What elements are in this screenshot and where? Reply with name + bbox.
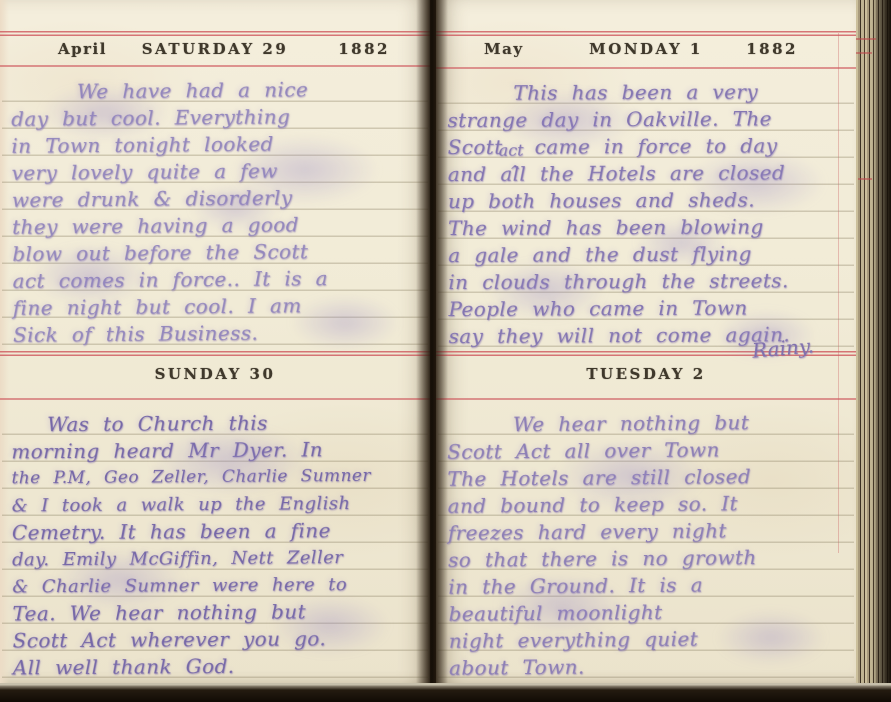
diary-entry-line: All well thank God.: [13, 652, 429, 682]
diary-entry-line: in clouds through the streets.: [448, 267, 854, 296]
diary-entry-line: Tea. We hear nothing but: [12, 598, 428, 628]
diary-entry-line: the P.M, Geo Zeller, Charlie Sumner: [11, 463, 427, 493]
diary-entry-line: This has been a very: [447, 78, 853, 107]
diary-entry-line: & Charlie Sumner were here to: [12, 571, 428, 601]
diary-entry-line: day. Emily McGiffin, Nett Zeller: [12, 544, 428, 574]
edge-red-mark: [856, 52, 872, 54]
diary-entry-line: Sick of this Business.: [13, 318, 429, 349]
diary-entry-line: Cemetry. It has been a fine: [12, 517, 428, 547]
month-label: April: [58, 33, 107, 65]
year-label: 1882: [338, 33, 390, 65]
diary-entry-line: blow out before the Scott: [12, 237, 428, 268]
day-label: SATURDAY 29: [142, 40, 289, 58]
entry-saturday-29: We have had a nice day but cool. Everyth…: [1, 65, 430, 363]
entry-monday-1: This has been a very strange day in Oakv…: [437, 68, 855, 362]
diary-scan: April SATURDAY 29 1882 We have had a nic…: [0, 0, 891, 702]
right-page: May MONDAY 1 1882 This has been a very s…: [436, 0, 856, 686]
diary-entry-line: The wind has been blowing: [448, 213, 854, 242]
diary-entry-line: strange day in Oakville. The: [447, 105, 853, 134]
diary-entry-line: freezes hard every night: [448, 516, 854, 547]
diary-entry-line: People who came in Town: [448, 294, 854, 323]
book-bottom-shadow: [0, 683, 891, 702]
diary-entry-line: We have had a nice: [11, 75, 427, 106]
diary-entry-line: up both houses and sheds.: [448, 186, 854, 215]
diary-entry-line: about Town.: [449, 651, 855, 682]
diary-entry-line: We hear nothing but: [447, 408, 853, 439]
day-label: MONDAY 1: [589, 40, 703, 58]
page-edge-strip: [856, 0, 891, 686]
diary-entry-line: The Hotels are still closed: [447, 462, 853, 493]
date-header-tuesday: TUESDAY 2: [436, 353, 856, 398]
entry-tuesday-2: We hear nothing but Scott Act all over T…: [437, 398, 856, 698]
diary-entry-line: & I took a walk up the English: [12, 490, 428, 520]
edge-red-mark: [856, 38, 876, 40]
diary-entry-line: were drunk & disorderly: [12, 183, 428, 214]
book-gutter: [416, 0, 448, 686]
diary-entry-line: in the Ground. It is a: [448, 570, 854, 601]
date-header-sunday: SUNDAY 30: [0, 353, 430, 398]
line-post: came in force to day: [535, 133, 778, 158]
diary-entry-line: so that there is no growth: [448, 543, 854, 574]
insertion-caret: ^: [510, 158, 521, 185]
entry-sunday-30: Was to Church this morning heard Mr Dyer…: [1, 399, 429, 698]
diary-entry-line: very lovely quite a few: [12, 156, 428, 187]
date-header-monday: May MONDAY 1 1882: [436, 33, 856, 65]
diary-entry-line: Scott Act wherever you go.: [13, 625, 429, 655]
diary-entry-line: night everything quiet: [449, 624, 855, 655]
diary-entry-line: Scottact^came in force to day: [448, 132, 854, 161]
diary-entry-line: a gale and the dust flying: [448, 240, 854, 269]
diary-entry-line: and bound to keep so. It: [448, 489, 854, 520]
diary-entry-line: day but cool. Everything: [11, 102, 427, 133]
diary-entry-line: in Town tonight looked: [11, 129, 427, 160]
diary-entry-line: act comes in force.. It is a: [12, 264, 428, 295]
diary-entry-line: they were having a good: [12, 210, 428, 241]
diary-entry-line: morning heard Mr Dyer. In: [11, 436, 427, 466]
diary-entry-line: fine night but cool. I am: [13, 291, 429, 322]
diary-entry-line: Was to Church this: [11, 409, 427, 439]
date-header-saturday: April SATURDAY 29 1882: [0, 33, 430, 65]
diary-entry-line: Scott Act all over Town: [447, 435, 853, 466]
month-label: May: [484, 33, 524, 65]
year-label: 1882: [746, 33, 798, 65]
left-page: April SATURDAY 29 1882 We have had a nic…: [0, 0, 430, 686]
diary-entry-line: beautiful moonlight: [448, 597, 854, 628]
edge-red-mark: [858, 178, 872, 180]
line-pre: Scott: [448, 135, 503, 159]
